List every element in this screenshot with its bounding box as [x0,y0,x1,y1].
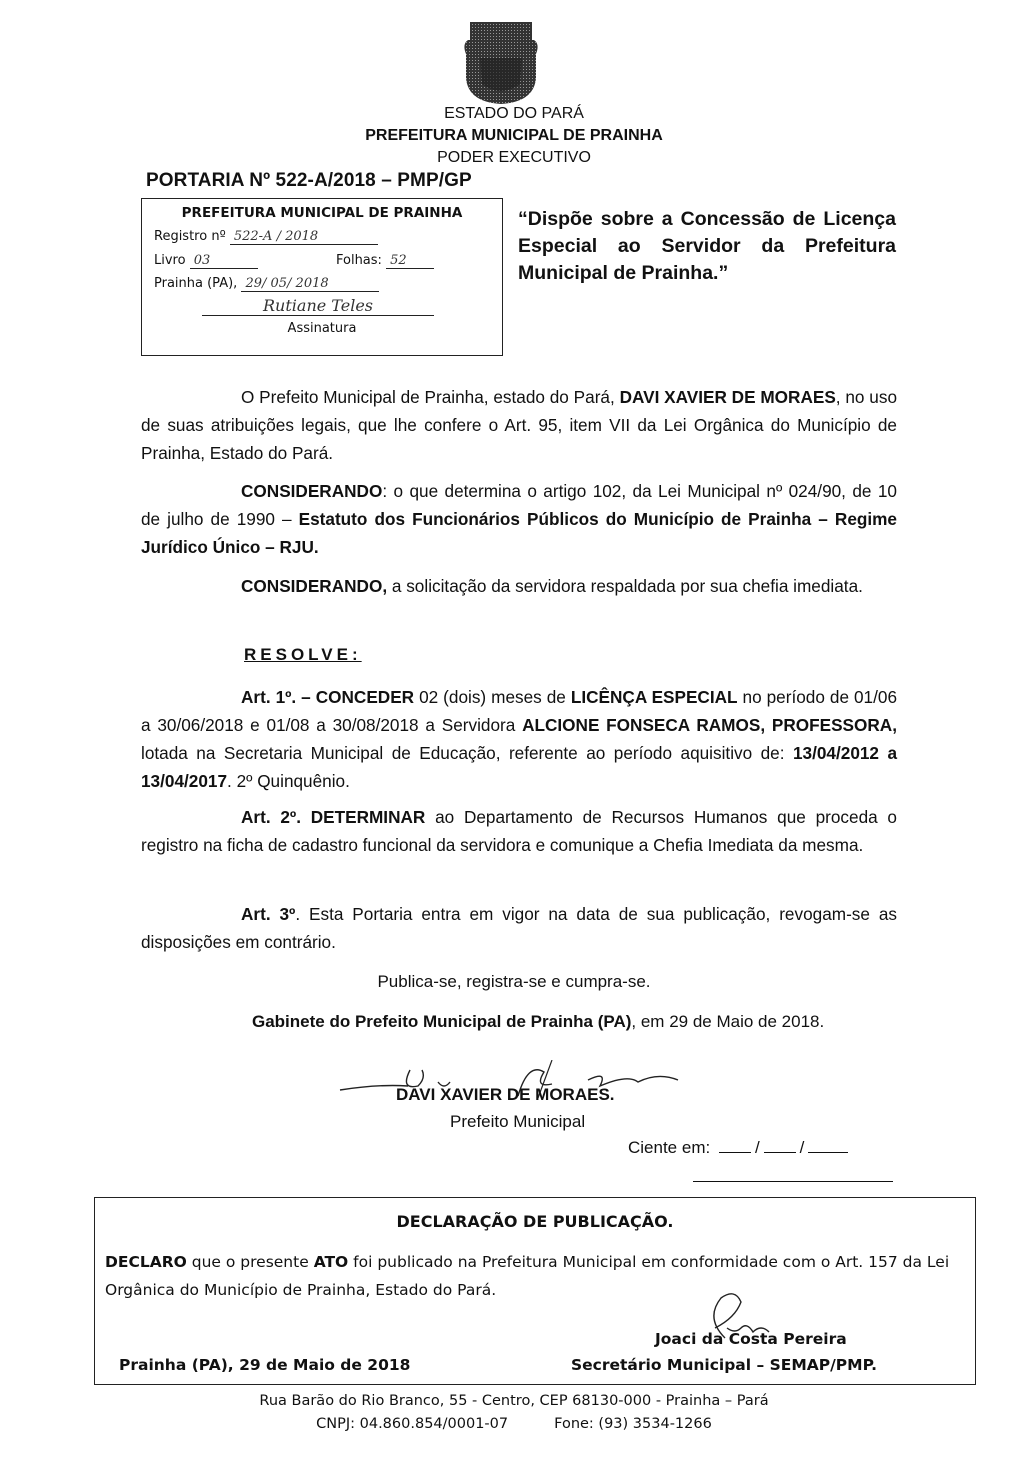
article-label: Art. 1º. [241,687,296,707]
article-text: lotada na Secretaria Municipal de Educaç… [141,743,793,763]
article-verb: CONCEDER [316,687,414,707]
footer-address: Rua Barão do Rio Branco, 55 - Centro, CE… [0,1393,1028,1409]
employee-name: ALCIONE FONSECA RAMOS, PROFESSORA, [522,715,897,735]
considerando-paragraph-1: CONSIDERANDO: o que determina o artigo 1… [141,477,897,561]
ato-label: ATO [314,1253,349,1271]
date-separator: / [800,1138,805,1157]
phone: Fone: (93) 3534-1266 [554,1416,712,1432]
publication-declaration-box: DECLARAÇÃO DE PUBLICAÇÃO. DECLARO que o … [94,1197,976,1385]
secretary-name: Joaci da Costa Pereira [655,1330,847,1348]
resolve-heading: RESOLVE: [244,645,362,665]
stamp-title: PREFEITURA MUNICIPAL DE PRAINHA [142,205,502,221]
signature-label: Assinatura [142,321,502,336]
article-3: Art. 3º. Esta Portaria entra em vigor na… [141,900,897,956]
date-separator: / [755,1138,760,1157]
mayor-role: Prefeito Municipal [450,1112,585,1132]
registro-label: Registro nº [154,229,226,244]
considerando-text: a solicitação da servidora respaldada po… [387,576,863,596]
municipality-name: PREFEITURA MUNICIPAL DE PRAINHA [0,126,1028,146]
article-2: Art. 2º. DETERMINAR ao Departamento de R… [141,803,897,859]
declaration-date: Prainha (PA), 29 de Maio de 2018 [119,1356,410,1374]
date-row: Prainha (PA), 29/ 05/ 2018 [154,276,379,292]
ciente-day-blank [719,1152,751,1153]
folhas-value: 52 [386,253,434,269]
registro-row: Registro nº 522-A / 2018 [154,229,378,245]
declaration-fragment: que o presente [187,1253,314,1271]
declaration-title: DECLARAÇÃO DE PUBLICAÇÃO. [95,1212,975,1231]
ciente-signature-line [693,1181,893,1182]
mayor-name: DAVI XAVIER DE MORAES. [396,1085,615,1105]
executive-branch: PODER EXECUTIVO [0,148,1028,168]
registro-value: 522-A / 2018 [230,229,378,245]
license-type: LICÊNÇA ESPECIAL [571,687,738,707]
considerando-label: CONSIDERANDO [241,481,382,501]
livro-row: Livro 03 Folhas: 52 [154,253,434,269]
ciente-month-blank [764,1152,796,1153]
office-date-line: Gabinete do Prefeito Municipal de Prainh… [252,1012,824,1032]
ciente-label: Ciente em: [628,1138,710,1157]
ciente-field: Ciente em: // [628,1138,852,1158]
portaria-title: PORTARIA Nº 522-A/2018 – PMP/GP [146,170,472,192]
secretary-role: Secretário Municipal – SEMAP/PMP. [571,1356,877,1374]
stamp-signature: Rutiane Teles [202,296,434,316]
publication-formula: Publica-se, registra-se e cumpra-se. [0,972,1028,992]
state-name: ESTADO DO PARÁ [0,104,1028,124]
preamble-paragraph: O Prefeito Municipal de Prainha, estado … [141,383,897,467]
registration-stamp: PREFEITURA MUNICIPAL DE PRAINHA Registro… [141,198,503,356]
coat-of-arms-icon [460,18,542,106]
cnpj: CNPJ: 04.860.854/0001-07 [316,1416,508,1432]
article-label: Art. 2º. [241,807,301,827]
registration-date: 29/ 05/ 2018 [241,276,379,292]
footer-contact: CNPJ: 04.860.854/0001-07Fone: (93) 3534-… [0,1416,1028,1432]
ementa: “Dispõe sobre a Concessão de Licença Esp… [518,206,896,287]
declaration-text: DECLARO que o presente ATO foi publicado… [105,1248,967,1304]
article-1: Art. 1º. – CONCEDER 02 (dois) meses de L… [141,683,897,795]
issue-date: , em 29 de Maio de 2018. [631,1012,824,1031]
office-name: Gabinete do Prefeito Municipal de Prainh… [252,1012,631,1031]
livro-label: Livro [154,253,186,268]
dash: – [296,687,316,707]
preamble-text: O Prefeito Municipal de Prainha, estado … [241,387,620,407]
declaro-label: DECLARO [105,1253,187,1271]
article-text: 02 (dois) meses de [414,687,571,707]
local-label: Prainha (PA), [154,276,237,291]
folhas-label: Folhas: [336,253,382,268]
article-verb: DETERMINAR [311,807,426,827]
livro-value: 03 [190,253,258,269]
article-label: Art. 3º [241,904,295,924]
ciente-year-blank [808,1152,848,1153]
considerando-paragraph-2: CONSIDERANDO, a solicitação da servidora… [141,572,897,600]
article-text: . 2º Quinquênio. [227,771,350,791]
mayor-name-inline: DAVI XAVIER DE MORAES [620,387,836,407]
considerando-label: CONSIDERANDO, [241,576,387,596]
